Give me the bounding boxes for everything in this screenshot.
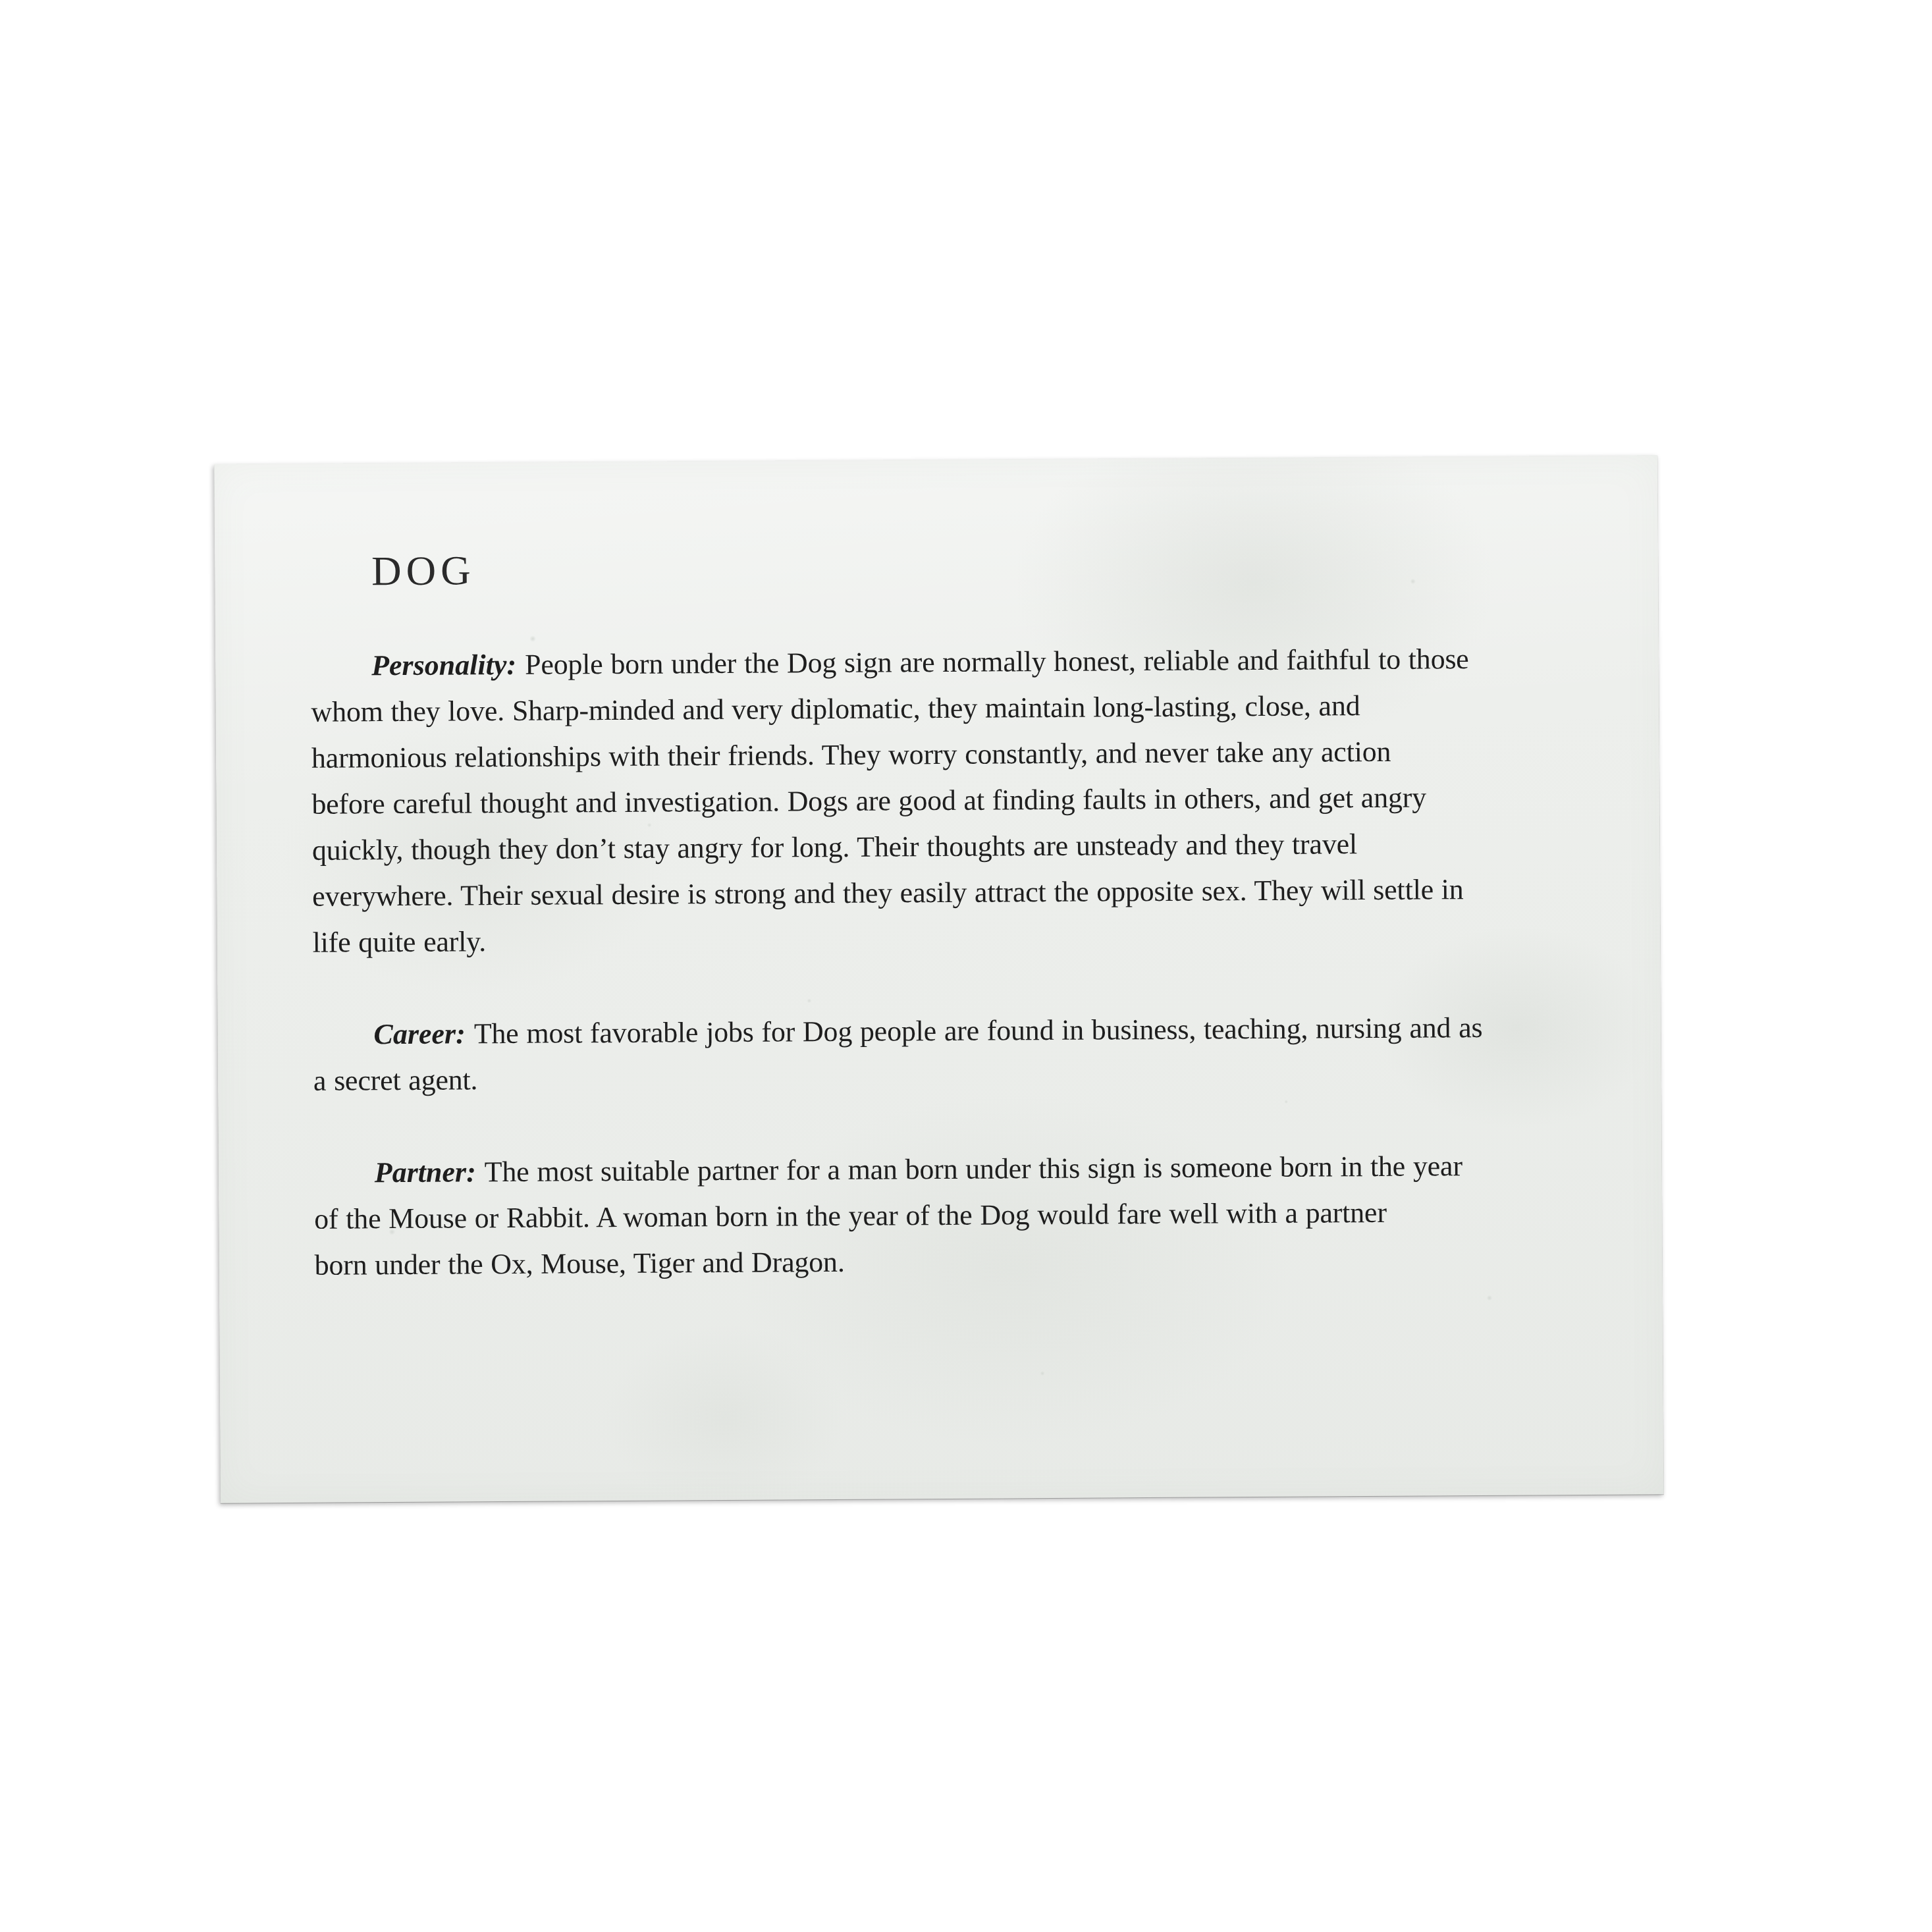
photo-background: { "page": { "background": "#ffffff" }, "… — [0, 0, 1932, 1932]
section-label-personality: Personality: — [371, 649, 516, 682]
paragraph-line: whom they love. Sharp-minded and very di… — [311, 682, 1634, 736]
section-label-partner: Partner: — [375, 1156, 476, 1189]
paragraph-line: Partner:The most suitable partner for a … — [314, 1142, 1638, 1196]
card-text-block: Personality:People born under the Dog si… — [311, 635, 1638, 1289]
paragraph-line: Personality:People born under the Dog si… — [311, 635, 1634, 689]
paragraph-line: born under the Ox, Mouse, Tiger and Drag… — [314, 1235, 1638, 1289]
paragraph-text: People born under the Dog sign are norma… — [525, 643, 1469, 681]
paragraph-line: quickly, though they don’t stay angry fo… — [312, 820, 1636, 874]
paragraph-line: before careful thought and investigation… — [311, 774, 1635, 828]
paragraph-line: harmonious relationships with their frie… — [311, 728, 1635, 782]
paragraph-line: a secret agent. — [313, 1050, 1637, 1104]
section-career: Career:The most favorable jobs for Dog p… — [313, 1004, 1637, 1104]
paragraph-text: The most suitable partner for a man born… — [485, 1150, 1462, 1188]
paragraph-line: Career:The most favorable jobs for Dog p… — [313, 1004, 1636, 1058]
section-label-career: Career: — [373, 1017, 466, 1050]
zodiac-card-page: DOG Personality:People born under the Do… — [214, 455, 1664, 1503]
paragraph-line: of the Mouse or Rabbit. A woman born in … — [314, 1189, 1638, 1243]
section-partner: Partner:The most suitable partner for a … — [314, 1142, 1638, 1289]
paragraph-line: life quite early. — [312, 912, 1636, 966]
section-personality: Personality:People born under the Dog si… — [311, 635, 1636, 966]
paragraph-line: everywhere. Their sexual desire is stron… — [312, 866, 1636, 920]
paragraph-text: The most favorable jobs for Dog people a… — [474, 1011, 1483, 1050]
page-title: DOG — [371, 547, 475, 595]
